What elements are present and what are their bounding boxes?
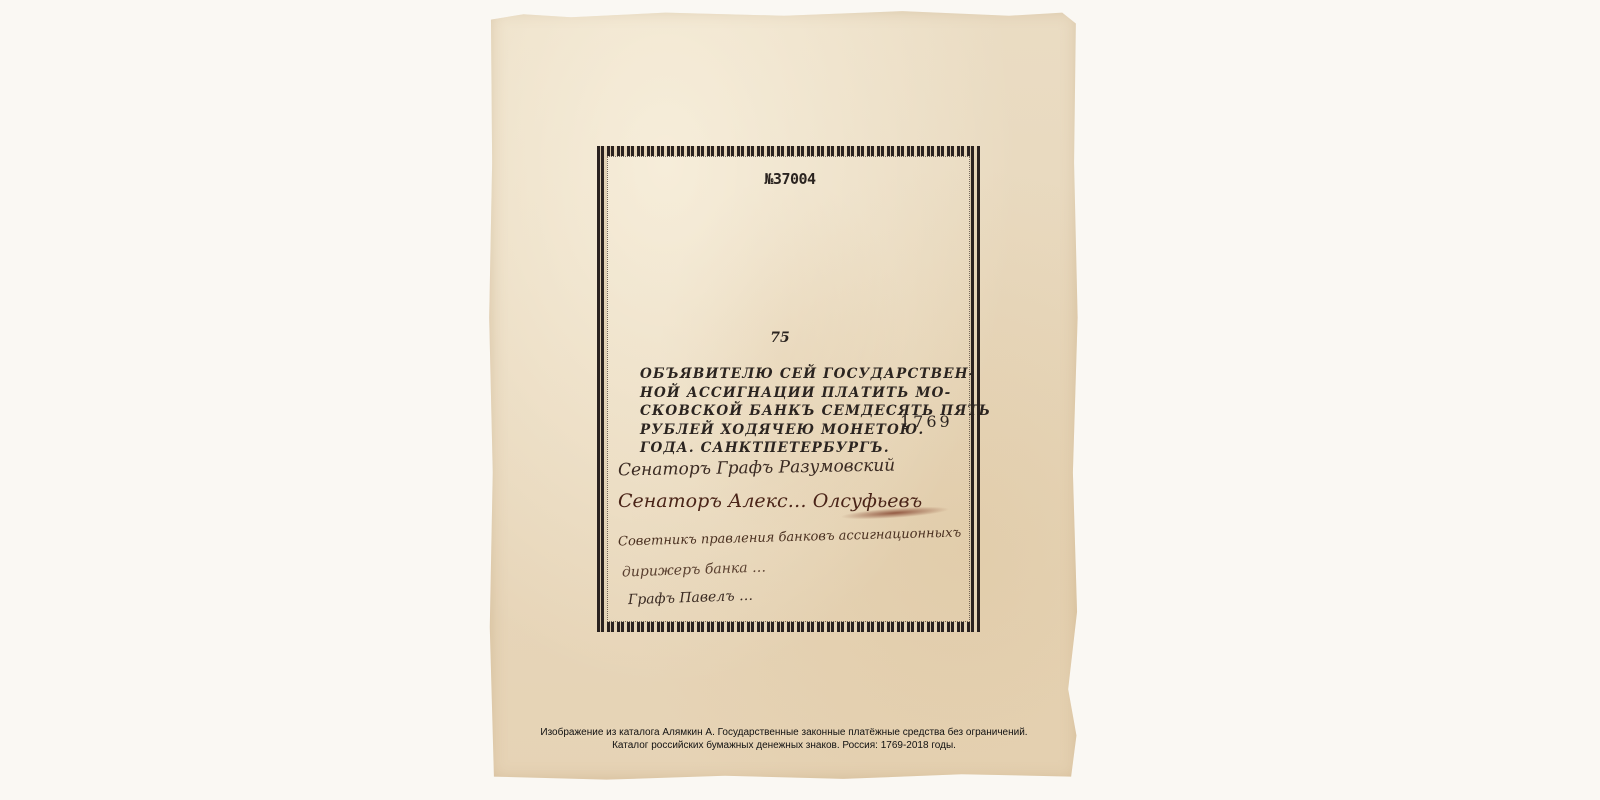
caption-line-2: Каталог российских бумажных денежных зна… [488,739,1080,752]
serial-number: №37004 [750,170,830,188]
printed-line: ной ассигнации платить Мо- [640,384,955,403]
issue-year: 1769 [900,412,953,431]
caption-line-1: Изображение из каталога Алямкин А. Госуд… [488,726,1080,739]
printed-line: года. Санктпетербургъ. [640,439,955,458]
denomination-mark: 75 [760,330,800,346]
catalog-caption: Изображение из каталога Алямкин А. Госуд… [488,726,1080,752]
printed-line: Объявителю сей государствен- [640,365,955,384]
